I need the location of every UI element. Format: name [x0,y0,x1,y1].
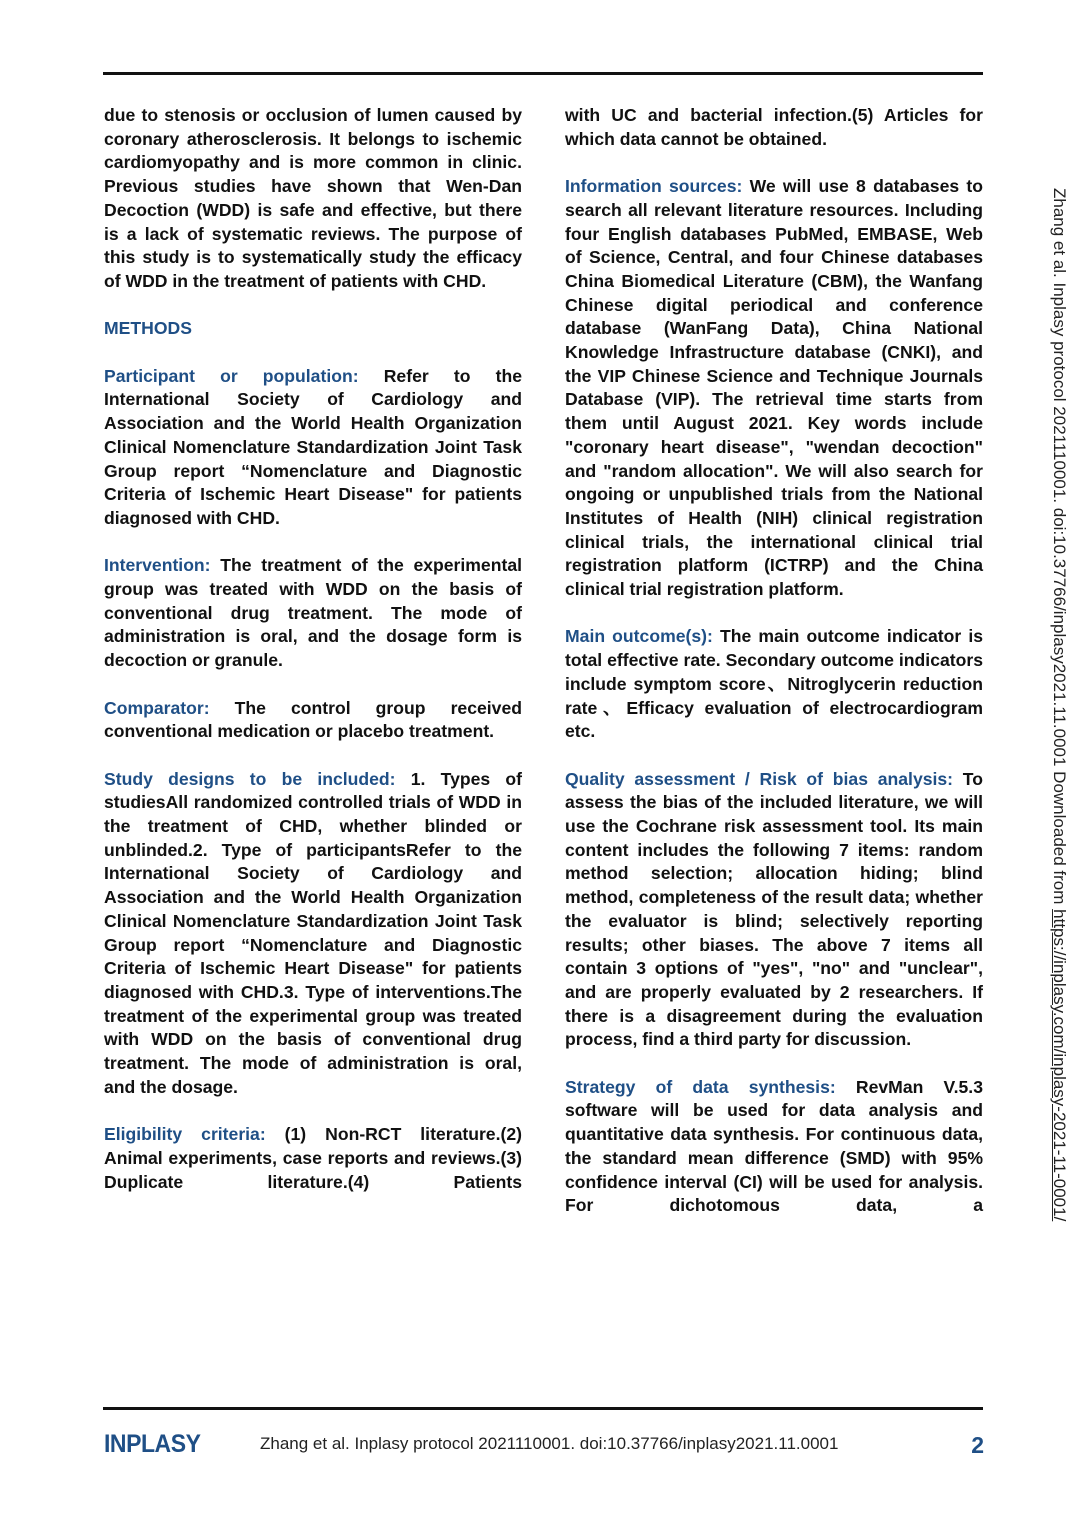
left-column: due to stenosis or occlusion of lumen ca… [104,104,522,1218]
page-footer: INPLASY Zhang et al. Inplasy protocol 20… [104,1430,984,1460]
participant-label: Participant or population: [104,366,359,386]
eligibility-label: Eligibility criteria: [104,1124,266,1144]
information-sources-section: Information sources: We will use 8 datab… [565,175,983,602]
data-synthesis-section: Strategy of data synthesis: RevMan V.5.3… [565,1076,983,1218]
eligibility-section: Eligibility criteria: (1) Non-RCT litera… [104,1123,522,1194]
study-designs-text: 1. Types of studiesAll randomized contro… [104,769,522,1097]
participant-text: Refer to the International Society of Ca… [104,366,522,528]
side-note-text: Zhang et al. Inplasy protocol 2021110001… [1050,188,1069,909]
side-download-note: Zhang et al. Inplasy protocol 2021110001… [1049,188,1069,1368]
intervention-label: Intervention: [104,555,211,575]
main-outcomes-label: Main outcome(s): [565,626,713,646]
methods-heading: METHODS [104,317,522,341]
footer-citation: Zhang et al. Inplasy protocol 2021110001… [260,1434,838,1454]
participant-section: Participant or population: Refer to the … [104,365,522,531]
study-designs-label: Study designs to be included: [104,769,396,789]
data-synthesis-text: RevMan V.5.3 software will be used for d… [565,1077,983,1216]
quality-assessment-text: To assess the bias of the included liter… [565,769,983,1050]
intervention-section: Intervention: The treatment of the exper… [104,554,522,673]
right-column: with UC and bacterial infection.(5) Arti… [565,104,983,1242]
quality-assessment-section: Quality assessment / Risk of bias analys… [565,768,983,1052]
top-rule [103,72,983,75]
side-note-link[interactable]: https://inplasy.com/inplasy-2021-11-0001… [1050,909,1069,1221]
study-designs-section: Study designs to be included: 1. Types o… [104,768,522,1100]
comparator-section: Comparator: The control group received c… [104,697,522,744]
data-synthesis-label: Strategy of data synthesis: [565,1077,836,1097]
information-sources-text: We will use 8 databases to search all re… [565,176,983,599]
journal-logo: INPLASY [104,1430,200,1459]
comparator-label: Comparator: [104,698,210,718]
bottom-rule [103,1407,983,1410]
quality-assessment-label: Quality assessment / Risk of bias analys… [565,769,953,789]
information-sources-label: Information sources: [565,176,742,196]
eligibility-continued: with UC and bacterial infection.(5) Arti… [565,104,983,151]
intro-paragraph: due to stenosis or occlusion of lumen ca… [104,104,522,294]
main-outcomes-section: Main outcome(s): The main outcome indica… [565,625,983,744]
page-number: 2 [971,1432,984,1459]
